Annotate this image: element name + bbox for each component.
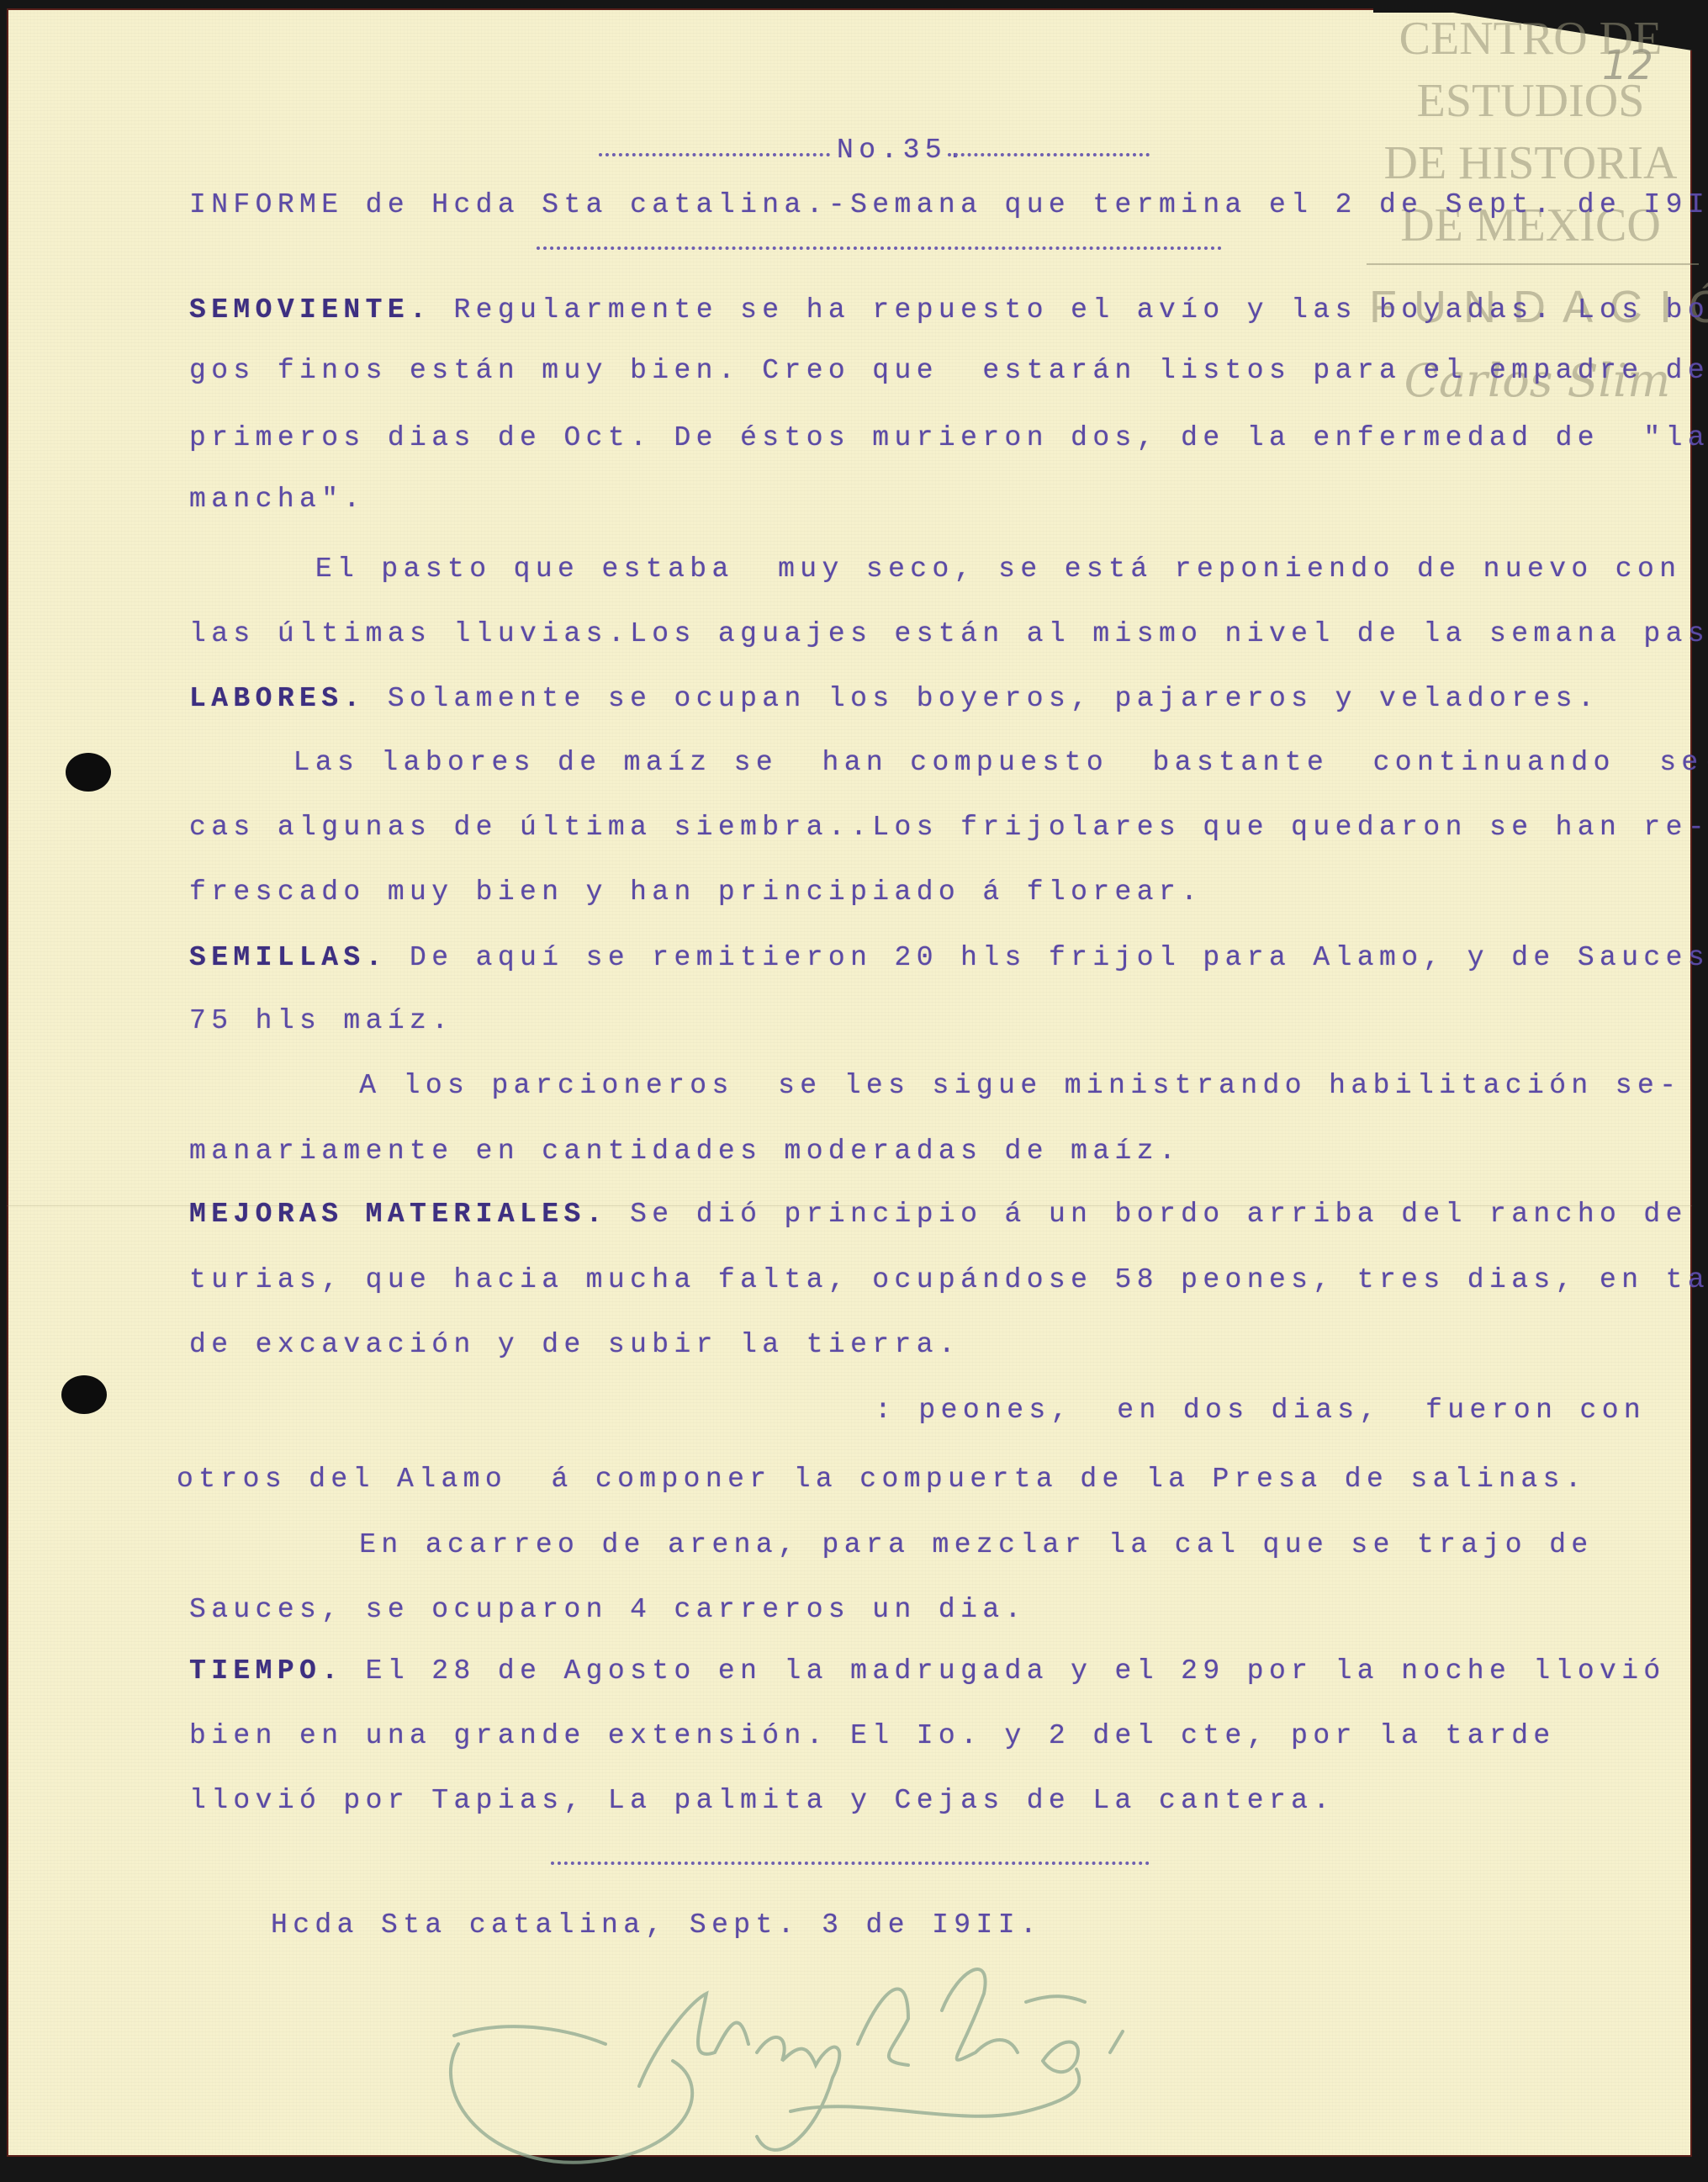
mejoras-line-6: En acarreo de arena, para mezclar la cal…	[227, 1529, 1594, 1560]
body-text: Se dió principio á un bordo arriba del r…	[608, 1199, 1708, 1230]
header-dash-right	[948, 153, 1150, 156]
punch-hole-top	[66, 753, 111, 792]
mejoras-line-4: : peones, en dos dias, fueron con	[875, 1395, 1646, 1426]
punch-hole-bottom	[61, 1375, 107, 1414]
mejoras-line-7: Sauces, se ocuparon 4 carreros un dia.	[189, 1594, 1027, 1625]
semillas-line-1: SEMILLAS. De aquí se remitieron 20 hls f…	[189, 942, 1708, 973]
section-heading-mejoras-materiales: MEJORAS MATERIALES.	[189, 1199, 608, 1230]
mejoras-line-1: MEJORAS MATERIALES. Se dió principio á u…	[189, 1199, 1708, 1230]
labores-line-3: cas algunas de última siembra..Los frijo…	[189, 812, 1708, 843]
semillas-line-2: 75 hls maíz.	[189, 1005, 453, 1036]
section-heading-semillas: SEMILLAS.	[189, 942, 388, 973]
watermark-line-1: CENTRO DE	[1379, 15, 1682, 62]
handwritten-signature	[437, 1918, 1346, 2170]
tiempo-line-2: bien en una grande extensión. El Io. y 2…	[189, 1720, 1556, 1751]
section-heading-tiempo: TIEMPO.	[189, 1655, 343, 1687]
semoviente-line-5: El pasto que estaba muy seco, se está re…	[227, 553, 1681, 585]
body-text: El 28 de Agosto en la madrugada y el 29 …	[343, 1655, 1665, 1687]
section-heading-semoviente: SEMOVIENTE.	[189, 294, 431, 326]
body-text: De aquí se remitieron 20 hls frijol para…	[388, 942, 1708, 973]
semoviente-line-2: gos finos están muy bien. Creo que estar…	[189, 355, 1708, 386]
mejoras-line-5: otros del Alamo á componer la compuerta …	[177, 1464, 1587, 1495]
tiempo-line-1: TIEMPO. El 28 de Agosto en la madrugada …	[189, 1655, 1666, 1687]
labores-line-1: LABORES. Solamente se ocupan los boyeros…	[189, 683, 1600, 714]
report-number: No.35.	[837, 135, 969, 166]
body-text: Regularmente se ha repuesto el avío y la…	[431, 294, 1708, 326]
semoviente-line-6: las últimas lluvias.Los aguajes están al…	[189, 618, 1708, 649]
report-title: INFORME de Hcda Sta catalina.-Semana que…	[189, 189, 1708, 220]
semillas-line-4: manariamente en cantidades moderadas de …	[189, 1136, 1181, 1167]
semillas-line-3: A los parcioneros se les sigue ministran…	[227, 1070, 1681, 1101]
title-underline	[537, 246, 1222, 250]
semoviente-line-3: primeros dias de Oct. De éstos murieron …	[189, 422, 1708, 453]
mejoras-line-2: turias, que hacia mucha falta, ocupándos…	[189, 1264, 1708, 1295]
header-dash-left	[599, 153, 830, 156]
semoviente-line-1: SEMOVIENTE. Regularmente se ha repuesto …	[189, 294, 1708, 326]
body-text: Solamente se ocupan los boyeros, pajarer…	[366, 683, 1600, 714]
mejoras-line-3: de excavación y de subir la tierra.	[189, 1329, 960, 1360]
closing-divider	[551, 1862, 1150, 1865]
watermark-line-2: ESTUDIOS	[1379, 77, 1682, 124]
tiempo-line-3: llovió por Tapias, La palmita y Cejas de…	[189, 1785, 1335, 1816]
semoviente-line-4: mancha".	[189, 484, 366, 515]
watermark-rule	[1367, 263, 1699, 265]
labores-line-2: Las labores de maíz se han compuesto bas…	[227, 747, 1708, 778]
report-title-text: INFORME de Hcda Sta catalina.-Semana que…	[189, 189, 1708, 220]
section-heading-labores: LABORES.	[189, 683, 366, 714]
watermark-line-3: DE HISTORIA	[1367, 140, 1695, 187]
labores-line-4: frescado muy bien y han principiado á fl…	[189, 877, 1203, 908]
